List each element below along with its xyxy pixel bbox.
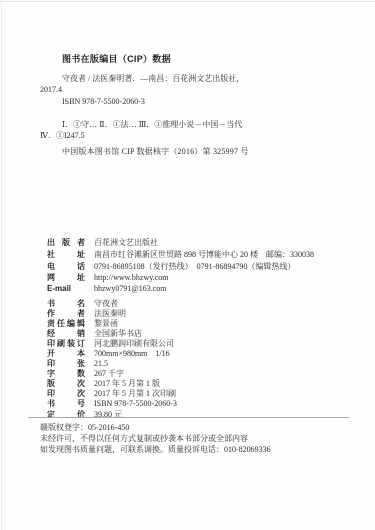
- scan-edge-top: [0, 1, 375, 2]
- row-label: 网址: [47, 272, 85, 283]
- row-value: http://www.bhzwy.com: [94, 273, 169, 283]
- cip-record-number: 中国版本图书馆 CIP 数据核字（2016）第 325997 号: [62, 147, 249, 157]
- scan-edge-left: [1, 0, 2, 530]
- quality-hotline-notice: 如发现图书质量问题，可联系调换。质量投诉电话：010-82069336: [40, 445, 271, 455]
- publisher-info-block: 出版者 百花洲文艺出版社 社址 南昌市红谷滩新区世贸路 898 号博能中心 20…: [47, 237, 314, 296]
- book-row: 印次 2017 年 5 月第 1 次印刷: [47, 388, 177, 398]
- copyright-page: 图书在版编目（CIP）数据 守夜者 / 法医秦明著．—南昌：百花洲文艺出版社， …: [0, 0, 375, 530]
- row-value: bhzwy0791@163.com: [94, 284, 166, 294]
- row-value: 0791-86895108（发行热线） 0791-86894790（编辑热线）: [94, 262, 295, 272]
- book-row: 印张 21.5: [47, 358, 177, 368]
- row-value: 全国新华书店: [94, 329, 142, 339]
- cip-classification-line-1: Ⅰ．①守… Ⅱ．①法… Ⅲ．①推理小说－中国－当代: [62, 120, 242, 130]
- row-label: E-mail: [47, 284, 85, 293]
- book-info-block: 书名 守夜者 作者 法医秦明 责任编辑 黎景函 经销 全国新华书店 印刷装订 河…: [47, 298, 177, 419]
- cip-heading: 图书在版编目（CIP）数据: [62, 52, 171, 65]
- publisher-row: 电话 0791-86895108（发行热线） 0791-86894790（编辑热…: [47, 261, 314, 273]
- row-value: 河北鹏润印刷有限公司: [94, 339, 174, 349]
- row-value: ISBN 978-7-5500-2060-3: [94, 399, 177, 409]
- row-value: 百花洲文艺出版社: [94, 238, 158, 248]
- book-row: 作者 法医秦明: [47, 308, 177, 318]
- reproduction-notice: 未经许可，不得以任何方式复制或抄袭本书部分或全部内容: [40, 434, 248, 444]
- cip-year-line: 2017.4: [40, 85, 62, 95]
- row-value: 黎景函: [94, 319, 118, 329]
- row-label: 出版者: [47, 237, 85, 248]
- row-value: 267 千字: [94, 369, 124, 379]
- book-row: 书名 守夜者: [47, 298, 177, 308]
- row-label: 社址: [47, 249, 85, 260]
- row-value: 2017 年 5 月第 1 次印刷: [94, 389, 176, 399]
- cip-title-line: 守夜者 / 法医秦明著．—南昌：百花洲文艺出版社，: [62, 74, 244, 84]
- cip-isbn-line: ISBN 978-7-5500-2060-3: [62, 97, 145, 107]
- publisher-row: 出版者 百花洲文艺出版社: [47, 237, 314, 249]
- row-value: 南昌市红谷滩新区世贸路 898 号博能中心 20 楼 邮编：330038: [94, 250, 314, 260]
- row-value: 法医秦明: [94, 309, 126, 319]
- publisher-row: 网址 http://www.bhzwy.com: [47, 272, 314, 284]
- copyright-registration: 赣版权登字：05-2016-450: [40, 423, 129, 433]
- row-value: 700mm×980mm 1/16: [94, 349, 170, 359]
- book-row: 书号 ISBN 978-7-5500-2060-3: [47, 398, 177, 408]
- row-value: 守夜者: [94, 299, 118, 309]
- row-value: 2017 年 5 月第 1 版: [94, 379, 160, 389]
- book-row: 开本 700mm×980mm 1/16: [47, 348, 177, 358]
- book-row: 责任编辑 黎景函: [47, 318, 177, 328]
- row-value: 21.5: [94, 359, 108, 369]
- divider-rule: [28, 417, 349, 418]
- row-value: 39.80 元: [94, 410, 122, 420]
- publisher-row: E-mail bhzwy0791@163.com: [47, 284, 314, 296]
- publisher-row: 社址 南昌市红谷滩新区世贸路 898 号博能中心 20 楼 邮编：330038: [47, 249, 314, 261]
- book-row: 字数 267 千字: [47, 368, 177, 378]
- book-row: 印刷装订 河北鹏润印刷有限公司: [47, 338, 177, 348]
- cip-classification-line-2: Ⅳ．①I247.5: [40, 131, 85, 141]
- row-label: 电话: [47, 261, 85, 272]
- book-row: 版次 2017 年 5 月第 1 版: [47, 378, 177, 388]
- book-row: 经销 全国新华书店: [47, 328, 177, 338]
